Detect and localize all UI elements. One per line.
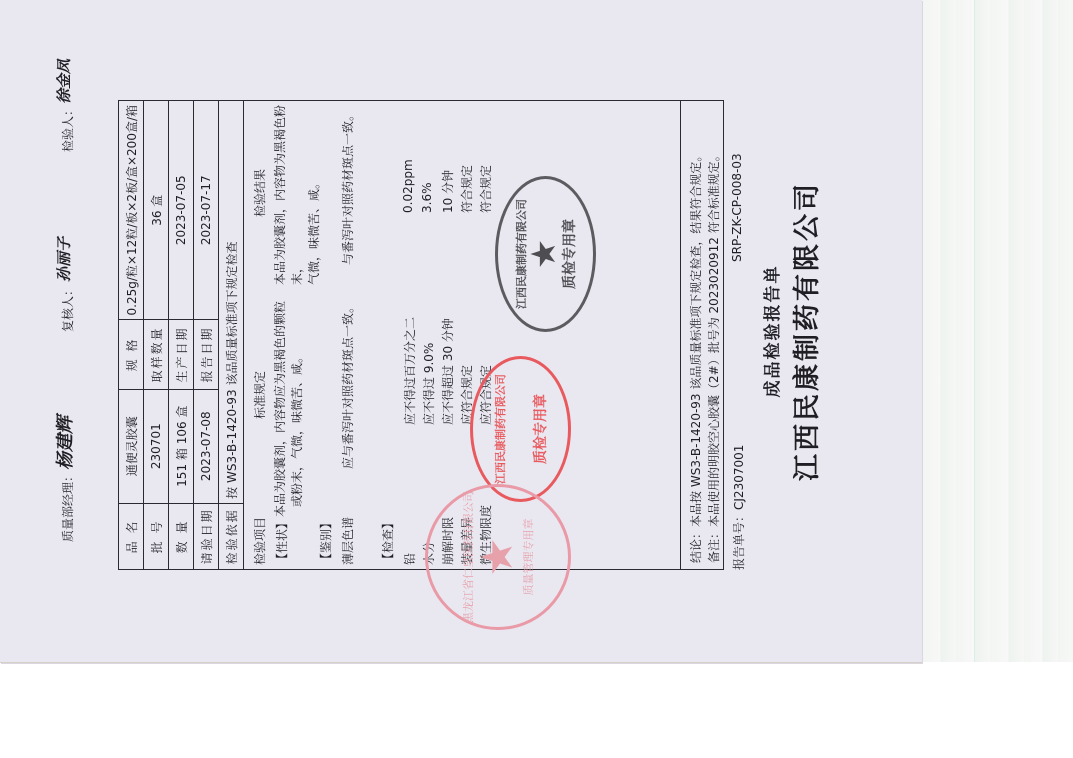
identification-row: 薄层色谱 应与番泻叶对照药材斑点一致。 与番泻叶对照药材斑点一致。 xyxy=(339,105,356,565)
inspection-row: 铅应不得过百万分之二0.02ppm xyxy=(401,105,418,565)
inspection-result: 3.6% xyxy=(420,183,434,214)
red-company-seal: 江西民康制药有限公司 质检专用章 xyxy=(470,356,571,502)
characteristics-heading: 【性状】 xyxy=(273,517,290,565)
report-date-value: 2023-07-17 xyxy=(194,101,219,320)
star-icon: ★ xyxy=(529,239,559,269)
product-name-label: 品 名 xyxy=(119,503,144,569)
product-name-value: 通便灵胶囊 xyxy=(119,389,144,503)
info-row: 数 量 151 箱 106 盒 生产日期 2023-07-05 xyxy=(169,101,194,569)
sample-qty-label: 取样数量 xyxy=(144,320,169,389)
reviewer-label: 复核人： xyxy=(59,284,76,332)
document-code: SRP-ZK-CP-008-03 xyxy=(730,153,744,262)
characteristics-standard: 本品为胶囊剂，内容物应为黑褐色的颗粒 或粉末，气微，味微苦、咸。 xyxy=(272,301,306,517)
seal-text-bottom: 质量管理专用章 xyxy=(520,519,536,596)
batch-value: 230701 xyxy=(144,389,169,503)
column-item: 检验项目 xyxy=(251,517,268,565)
column-result: 检验结果 xyxy=(251,169,268,217)
batch-label: 批 号 xyxy=(144,503,169,569)
request-date-label: 请验日期 xyxy=(194,503,219,569)
inspection-standard: 应不得过百万分之二 xyxy=(401,317,418,425)
inspection-standard: 应不得过 9.0% xyxy=(420,343,437,425)
characteristics-result-line: 气微，味微苦、咸。 xyxy=(306,101,323,331)
note-line: 备注：本品使用的明胶空心胶囊（2#）批号为 2023020912 符合标准规定。 xyxy=(705,149,722,563)
note-label: 备注： xyxy=(707,527,721,563)
column-standard: 标准规定 xyxy=(251,371,268,419)
inspection-result: 符合规定 xyxy=(458,165,475,213)
product-info-table: 品 名 通便灵胶囊 规 格 0.25g/粒×12粒/板×2板/盒×200盒/箱 … xyxy=(119,101,244,569)
report-sheet: 品 名 通便灵胶囊 规 格 0.25g/粒×12粒/板×2板/盒×200盒/箱 … xyxy=(118,100,724,570)
identification-heading: 【鉴别】 xyxy=(317,517,334,565)
red-distributor-seal: 黑龙江省仁皇医药有限公司 ★ 质量管理专用章 xyxy=(425,484,571,630)
qa-manager-signature: 杨建辉 xyxy=(51,416,77,470)
gray-company-seal: 江西民康制药有限公司 ★ 质检专用章 xyxy=(495,176,596,332)
basis-label: 检验依据 xyxy=(219,503,244,569)
basis-value: 按 WS3-B-1420-93 该品质量标准项下规定检查 xyxy=(219,101,244,503)
inspection-row: 崩解时限应不得超过 30 分钟10 分钟 xyxy=(439,105,456,565)
conclusion-text: 本品按 WS3-B-1420-93 该品质量标准项下规定检查，结果符合规定。 xyxy=(689,150,703,527)
inspection-result: 0.02ppm xyxy=(401,159,415,213)
conclusion-box: 结论：本品按 WS3-B-1420-93 该品质量标准项下规定检查，结果符合规定… xyxy=(680,101,723,569)
info-row: 检验依据 按 WS3-B-1420-93 该品质量标准项下规定检查 xyxy=(219,101,244,569)
identification-result: 与番泻叶对照药材斑点一致。 xyxy=(339,109,356,265)
report-date-label: 报告日期 xyxy=(194,320,219,389)
inspector-signature: 徐金凤 xyxy=(53,59,74,104)
production-date-value: 2023-07-05 xyxy=(169,101,194,320)
report-number-label: 报告单号： xyxy=(732,510,746,570)
spec-label: 规 格 xyxy=(119,320,144,389)
report-number-value: CJ2307001 xyxy=(732,445,746,510)
request-date-value: 2023-07-08 xyxy=(194,389,219,503)
info-row: 批 号 230701 取样数量 36 盒 xyxy=(144,101,169,569)
report-number: 报告单号：CJ2307001 xyxy=(730,445,747,570)
results-column-headers: 检验项目 标准规定 检验结果 xyxy=(247,101,269,569)
qa-manager-label: 质量部经理： xyxy=(59,470,76,542)
reviewer-signature: 孙丽子 xyxy=(53,237,74,282)
scanned-report-paper: 江西民康制药有限公司 成品检验报告单 报告单号：CJ2307001 SRP-ZK… xyxy=(0,0,922,663)
characteristics-standard-line: 本品为胶囊剂，内容物应为黑褐色的颗粒 xyxy=(272,301,289,517)
quantity-value: 151 箱 106 盒 xyxy=(169,389,194,503)
identification-item: 薄层色谱 xyxy=(341,517,355,565)
star-icon: ★ xyxy=(476,537,520,576)
seal-text-bottom: 质检专用章 xyxy=(559,219,579,289)
info-row: 品 名 通便灵胶囊 规 格 0.25g/粒×12粒/板×2板/盒×200盒/箱 xyxy=(119,101,144,569)
seal-text-top: 江西民康制药有限公司 xyxy=(492,374,508,484)
characteristics-result: 本品为胶囊剂，内容物为黑褐色粉末， 气微，味微苦、咸。 xyxy=(272,101,323,331)
characteristics-standard-line: 或粉末，气微，味微苦、咸。 xyxy=(289,301,306,517)
inspection-result: 符合规定 xyxy=(477,165,494,213)
quantity-label: 数 量 xyxy=(169,503,194,569)
inspector-label: 检验人： xyxy=(59,104,76,152)
scanner-backdrop xyxy=(922,0,1073,662)
inspection-item: 铅 xyxy=(403,553,417,565)
inspection-result: 10 分钟 xyxy=(439,170,456,213)
note-text: 本品使用的明胶空心胶囊（2#）批号为 2023020912 符合标准规定。 xyxy=(707,149,721,527)
info-row: 请验日期 2023-07-08 报告日期 2023-07-17 xyxy=(194,101,219,569)
seal-text-bottom: 质检专用章 xyxy=(530,394,550,464)
characteristics-heading-text: 【性状】 xyxy=(275,517,289,565)
identification-standard: 应与番泻叶对照药材斑点一致。 xyxy=(339,301,356,469)
company-name: 江西民康制药有限公司 xyxy=(785,0,824,662)
sample-qty-value: 36 盒 xyxy=(144,101,169,320)
production-date-label: 生产日期 xyxy=(169,320,194,389)
report-page: 江西民康制药有限公司 成品检验报告单 报告单号：CJ2307001 SRP-ZK… xyxy=(0,0,922,662)
spec-value: 0.25g/粒×12粒/板×2板/盒×200盒/箱 xyxy=(119,101,144,320)
inspection-standard: 应不得超过 30 分钟 xyxy=(439,318,456,425)
inspection-heading: 【检查】 xyxy=(379,517,396,565)
report-title: 成品检验报告单 xyxy=(758,0,783,662)
conclusion-line: 结论：本品按 WS3-B-1420-93 该品质量标准项下规定检查，结果符合规定… xyxy=(687,150,704,563)
inspection-row: 水分应不得过 9.0%3.6% xyxy=(420,105,437,565)
conclusion-label: 结论： xyxy=(689,527,703,563)
characteristics-result-line: 本品为胶囊剂，内容物为黑褐色粉末， xyxy=(272,101,306,331)
